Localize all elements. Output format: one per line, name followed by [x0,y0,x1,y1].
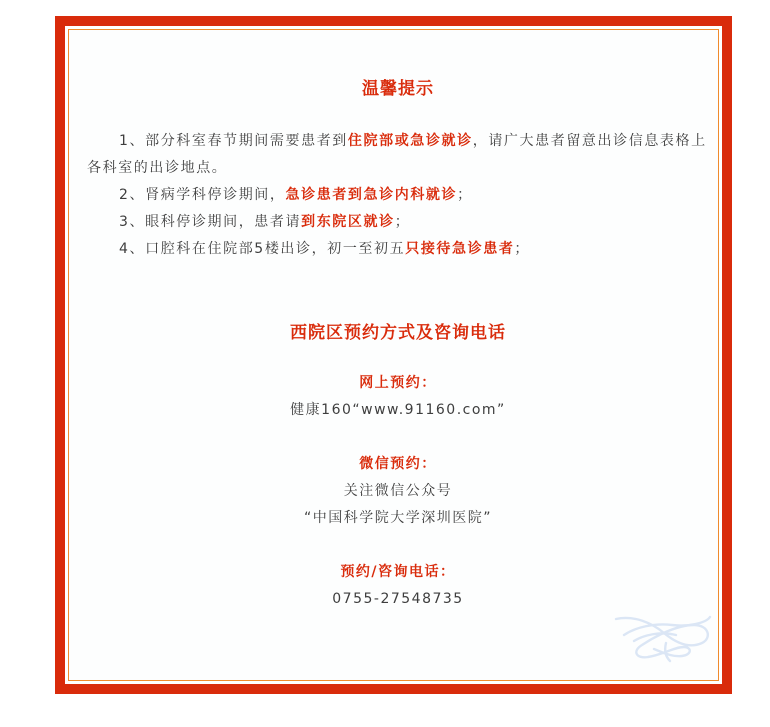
notice-item-1-prefix: 1、部分科室春节期间需要患者到 [119,133,348,149]
notice-item-2-highlight: 急诊患者到急诊内科就诊 [286,187,458,203]
online-appointment-label: 网上预约： [87,370,709,397]
phone-label: 预约/咨询电话： [87,559,709,586]
phone-value: 0755-27548735 [87,586,709,613]
online-appointment-block: 网上预约： 健康160“www.91160.com” [87,370,709,424]
notice-item-2-suffix: ； [457,187,473,203]
notice-item-4-prefix: 4、口腔科在住院部5楼出诊，初一至初五 [119,241,405,257]
poster-frame: 温馨提示 1、部分科室春节期间需要患者到住院部或急诊就诊，请广大患者留意出诊信息… [55,16,732,694]
online-appointment-value: 健康160“www.91160.com” [87,397,709,424]
flourish-ornament-icon [614,613,714,663]
notice-item-4: 4、口腔科在住院部5楼出诊，初一至初五只接待急诊患者； [87,236,709,263]
notice-item-3-suffix: ； [395,214,411,230]
notice-item-2-prefix: 2、肾病学科停诊期间， [119,187,286,203]
notice-item-3-prefix: 3、眼科停诊期间，患者请 [119,214,301,230]
wechat-appointment-line-2: “中国科学院大学深圳医院” [87,505,709,532]
appointment-title: 西院区预约方式及咨询电话 [87,318,709,343]
notice-item-3-highlight: 到东院区就诊 [301,214,395,230]
poster-inner-border: 温馨提示 1、部分科室春节期间需要患者到住院部或急诊就诊，请广大患者留意出诊信息… [68,29,719,681]
notice-item-4-highlight: 只接待急诊患者 [405,241,514,257]
notice-item-2: 2、肾病学科停诊期间，急诊患者到急诊内科就诊； [87,182,709,209]
notice-item-1: 1、部分科室春节期间需要患者到住院部或急诊就诊，请广大患者留意出诊信息表格上各科… [87,128,709,182]
wechat-appointment-line-1: 关注微信公众号 [87,478,709,505]
wechat-appointment-block: 微信预约： 关注微信公众号 “中国科学院大学深圳医院” [87,451,709,532]
notice-list: 1、部分科室春节期间需要患者到住院部或急诊就诊，请广大患者留意出诊信息表格上各科… [87,128,709,263]
wechat-appointment-label: 微信预约： [87,451,709,478]
notice-item-3: 3、眼科停诊期间，患者请到东院区就诊； [87,209,709,236]
notice-item-4-suffix: ； [514,241,530,257]
notice-title: 温馨提示 [87,74,709,99]
phone-block: 预约/咨询电话： 0755-27548735 [87,559,709,613]
notice-item-1-highlight: 住院部或急诊就诊 [348,133,473,149]
